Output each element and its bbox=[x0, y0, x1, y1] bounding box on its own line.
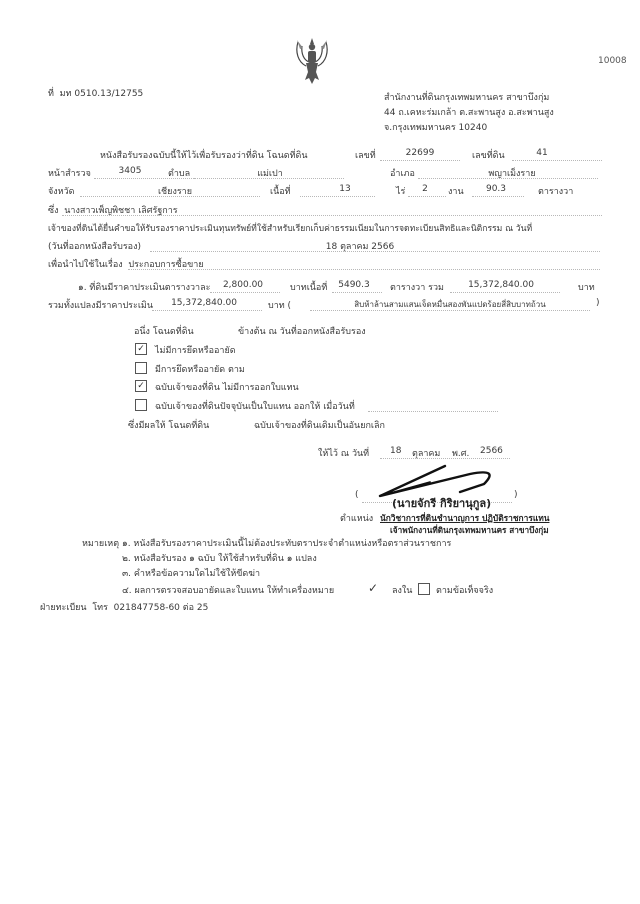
area-label: เนื้อที่ bbox=[270, 184, 291, 198]
office-line-1: สำนักงานที่ดินกรุงเทพมหานคร สาขาบึงกุ่ม bbox=[384, 91, 554, 106]
footer-contact: ฝ่ายทะเบียน โทร 021847758-60 ต่อ 25 bbox=[40, 600, 208, 614]
deed-no-line bbox=[380, 160, 460, 161]
ngan-line bbox=[408, 196, 446, 197]
wa-line bbox=[472, 196, 524, 197]
checkbox-has-seizure[interactable] bbox=[135, 362, 147, 374]
option-has-seizure: มีการยึดหรืออายัด ตาม bbox=[155, 362, 245, 376]
mark-fact-label: ตามข้อเท็จจริง bbox=[436, 583, 493, 597]
ref-value: มท 0510.13/12755 bbox=[60, 89, 144, 99]
ngan-value: 2 bbox=[415, 184, 435, 194]
wa-label: ตารางวา bbox=[538, 184, 573, 198]
baht-label: บาท bbox=[578, 280, 595, 294]
total-text: สิบห้าล้านสามแสนเจ็ดหมื่นสองพันแปดร้อยสี… bbox=[330, 298, 570, 311]
tambon-label: ตำบล bbox=[168, 166, 190, 180]
checkbox-no-seizure[interactable]: ✓ bbox=[135, 343, 147, 355]
effect-b: ฉบับเจ้าของที่ดินเดิมเป็นอันยกเลิก bbox=[254, 418, 385, 432]
signer-name: (นายจักรี กิริยานุกูล) bbox=[392, 494, 491, 512]
sign-open-paren: ( bbox=[355, 490, 359, 500]
subtotal-line bbox=[450, 292, 560, 293]
total-wa-label: ตารางวา รวม bbox=[390, 280, 444, 294]
garuda-emblem-icon bbox=[292, 34, 332, 86]
rai-line bbox=[300, 196, 375, 197]
land-no-label: เลขที่ดิน bbox=[472, 148, 505, 162]
land-no-value: 41 bbox=[512, 148, 572, 158]
issue-date-label: (วันที่ออกหนังสือรับรอง) bbox=[48, 239, 141, 253]
purpose-line bbox=[128, 269, 600, 270]
area-wa-line bbox=[332, 292, 382, 293]
note-2: ๒. หนังสือรับรอง ๑ ฉบับ ให้ใช้สำหรับที่ด… bbox=[122, 551, 317, 565]
owner-line bbox=[62, 215, 602, 216]
price-per-wa: 2,800.00 bbox=[212, 280, 274, 290]
notes-label: หมายเหตุ bbox=[82, 536, 119, 550]
position-label: ตำแหน่ง bbox=[340, 511, 373, 525]
certificate-intro: หนังสือรับรองฉบับนี้ให้ไว้เพื่อรับรองว่า… bbox=[100, 148, 308, 162]
status-header-b: ข้างต้น ณ วันที่ออกหนังสือรับรอง bbox=[238, 324, 366, 338]
note-4: ๔. ผลการตรวจสอบอายัดและใบแทน ให้ทำเครื่อ… bbox=[122, 583, 334, 597]
replacement-date-line bbox=[368, 411, 498, 412]
reference-number: ที่ มท 0510.13/12755 bbox=[48, 86, 143, 100]
sign-month: ตุลาคม bbox=[412, 446, 440, 460]
ref-label: ที่ bbox=[48, 89, 54, 99]
baht-area-label: บาทเนื้อที่ bbox=[290, 280, 327, 294]
status-header-a: อนึ่ง โฉนดที่ดิน bbox=[134, 324, 194, 338]
sign-year: 2566 bbox=[480, 446, 503, 456]
valuation-line1-label: ๑. ที่ดินมีราคาประเมินตารางวาละ bbox=[78, 280, 210, 294]
province-value: เชียงราย bbox=[130, 184, 220, 198]
purpose-label: เพื่อนำไปใช้ในเรื่อง bbox=[48, 260, 123, 270]
tambon-value: แม่เปา bbox=[240, 166, 300, 180]
note-1: ๑. หนังสือรับรองราคาประเมินนี้ไม่ต้องประ… bbox=[122, 536, 451, 550]
area-wa: 5490.3 bbox=[334, 280, 374, 290]
sample-checkbox bbox=[418, 583, 430, 595]
owner-label: ซึ่ง bbox=[48, 206, 59, 216]
land-no-line bbox=[512, 160, 602, 161]
amphoe-value: พญาเม็งราย bbox=[462, 166, 562, 180]
era-label: พ.ศ. bbox=[452, 446, 469, 460]
effect-a: ซึ่งมีผลให้ โฉนดที่ดิน bbox=[128, 418, 209, 432]
deed-no-value: 22699 bbox=[380, 148, 460, 158]
office-line-3: จ.กรุงเทพมหานคร 10240 bbox=[384, 121, 554, 136]
office-line-2: 44 ถ.เคหะร่มเกล้า ต.สะพานสูง อ.สะพานสูง bbox=[384, 106, 554, 121]
total-line bbox=[152, 310, 262, 311]
survey-label: หน้าสำรวจ bbox=[48, 166, 91, 180]
option-no-replacement: ฉบับเจ้าของที่ดิน ไม่มีการออกใบแทน bbox=[155, 380, 299, 394]
subtotal: 15,372,840.00 bbox=[456, 280, 546, 290]
amphoe-label: อำเภอ bbox=[390, 166, 415, 180]
office-address: สำนักงานที่ดินกรุงเทพมหานคร สาขาบึงกุ่ม … bbox=[384, 91, 554, 136]
given-date-line bbox=[380, 458, 510, 459]
close-paren: ) bbox=[596, 298, 600, 308]
wa-value: 90.3 bbox=[476, 184, 516, 194]
checkbox-no-replacement[interactable]: ✓ bbox=[135, 380, 147, 392]
given-label: ให้ไว้ ณ วันที่ bbox=[318, 446, 369, 460]
rai-value: 13 bbox=[325, 184, 365, 194]
total-label: รวมทั้งแปลงมีราคาประเมิน bbox=[48, 298, 153, 312]
baht-open: บาท ( bbox=[268, 298, 291, 312]
ngan-label: งาน bbox=[448, 184, 464, 198]
position-line-1: นักวิชาการที่ดินชำนาญการ ปฏิบัติราชการแท… bbox=[380, 511, 549, 525]
province-label: จังหวัด bbox=[48, 184, 75, 198]
check-mark-icon: ✓ bbox=[368, 581, 378, 595]
option-no-seizure: ไม่มีการยึดหรืออายัด bbox=[155, 343, 236, 357]
footer-phone: 021847758-60 ต่อ 25 bbox=[114, 603, 209, 613]
issue-date-value: 18 ตุลาคม 2566 bbox=[310, 239, 410, 253]
option-replacement: ฉบับเจ้าของที่ดินปัจจุบันเป็นใบแทน ออกให… bbox=[155, 399, 355, 413]
rai-label: ไร่ bbox=[396, 184, 405, 198]
note-3: ๓. คำหรือข้อความใดไม่ใช้ให้ขีดฆ่า bbox=[122, 566, 260, 580]
mark-in-label: ลงใน bbox=[392, 583, 412, 597]
deed-no-label: เลขที่ bbox=[355, 148, 376, 162]
footer-phone-label: โทร bbox=[92, 603, 108, 613]
total-value: 15,372,840.00 bbox=[150, 298, 258, 308]
document-number: 10008 bbox=[598, 56, 627, 66]
sign-day: 18 bbox=[390, 446, 401, 456]
footer-dept: ฝ่ายทะเบียน bbox=[40, 603, 87, 613]
checkbox-replacement[interactable] bbox=[135, 399, 147, 411]
price-line bbox=[210, 292, 280, 293]
sign-close-paren: ) bbox=[514, 490, 518, 500]
survey-value: 3405 bbox=[100, 166, 160, 176]
request-text: เจ้าของที่ดินได้ยื่นคำขอให้รับรองราคาประ… bbox=[48, 221, 532, 235]
